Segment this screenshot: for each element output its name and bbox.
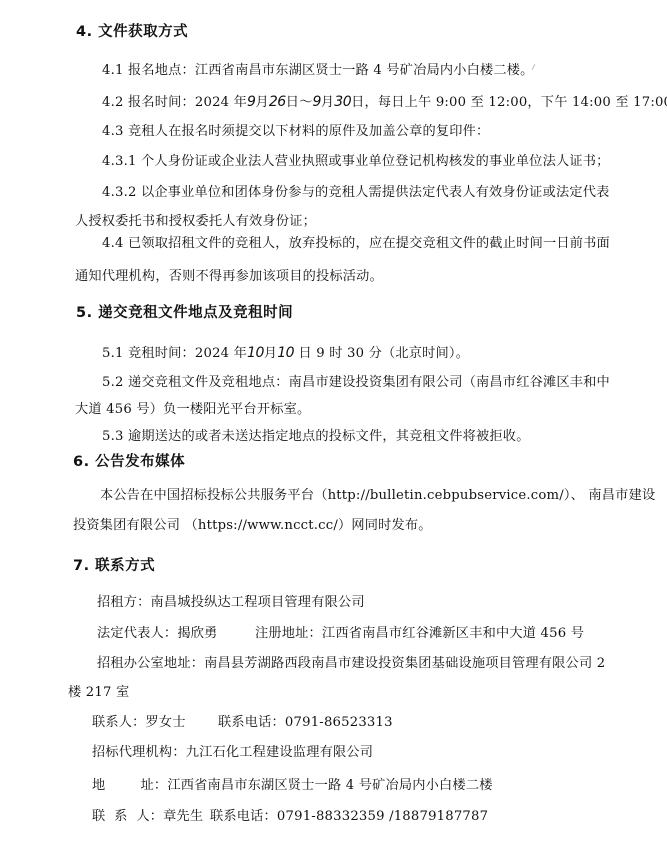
item-4-2: 4.2 报名时间：2024 年9月26日～9月30日，每日上午 9:00 至 1… <box>102 93 667 112</box>
legal-representative: 法定代表人：揭欣勇 <box>97 625 218 643</box>
item-5-1: 5.1 竞租时间：2024 年10月10 日 9 时 30 分（北京时间）。 <box>102 344 469 363</box>
item-4-3-1: 4.3.1 个人身份证或企业法人营业执照或事业单位登记机构核发的事业单位法人证书… <box>102 153 610 171</box>
item-4-3: 4.3 竞租人在报名时须提交以下材料的原件及加盖公章的复印件： <box>102 123 489 141</box>
agency-address: 地 址：江西省南昌市东湖区贤士一路 4 号矿冶局内小白楼二楼 <box>92 777 493 795</box>
item-4-2-mid: 日～ <box>286 95 313 110</box>
contact-phone-2: 联系电话：0791-88332359 /18879187787 <box>210 808 488 826</box>
registered-address: 注册地址：江西省南昌市红谷滩新区丰和中大道 456 号 <box>255 625 584 643</box>
document-page: 4. 文件获取方式 4.1 报名地点：江西省南昌市东湖区贤士一路 4 号矿冶局内… <box>0 0 667 863</box>
contact-person-1: 联系人：罗女士 <box>92 714 186 732</box>
item-4-2-suffix: 日，每日上午 9:00 至 12:00，下午 14:00 至 17:00。 <box>351 95 667 110</box>
handwritten-end-day: 30 <box>334 94 351 110</box>
item-4-1: 4.1 报名地点：江西省南昌市东湖区贤士一路 4 号矿冶局内小白楼二楼。 <box>102 62 534 80</box>
agency-address-value: 江西省南昌市东湖区贤士一路 4 号矿冶局内小白楼二楼 <box>167 778 492 793</box>
item-4-4-line1: 4.4 已领取招租文件的竞租人，放弃投标的，应在提交竞租文件的截止时间一日前书面 <box>102 235 610 253</box>
office-address-line1: 招租办公室地址：南昌县芳湖路西段南昌市建设投资集团基础设施项目管理有限公司 2 <box>97 655 605 673</box>
handwritten-day: 10 <box>277 345 294 361</box>
month-char: 月 <box>321 95 334 110</box>
item-4-3-2-line1: 4.3.2 以企事业单位和团体身份参与的竞租人需提供法定代表人有效身份证或法定代… <box>102 184 610 202</box>
item-5-2-line1: 5.2 递交竞租文件及竞租地点：南昌市建设投资集团有限公司（南昌市红谷滩区丰和中 <box>102 374 610 392</box>
contact-person-2: 联 系 人：章先生 <box>92 808 203 826</box>
section-7-heading: 7. 联系方式 <box>73 556 155 576</box>
month-char: 月 <box>255 95 268 110</box>
handwritten-end-month: 9 <box>312 94 320 110</box>
section-6-text-line1: 本公告在中国招标投标公共服务平台（http://bulletin.cebpubs… <box>100 487 655 505</box>
handwritten-month: 10 <box>247 345 264 361</box>
contact-phone-1: 联系电话：0791-86523313 <box>218 714 393 732</box>
item-4-3-2-line2: 人授权委托书和授权委托人有效身份证； <box>75 213 316 231</box>
section-6-heading: 6. 公告发布媒体 <box>73 452 185 472</box>
tenderer: 招租方：南昌城投纵达工程项目管理有限公司 <box>97 594 365 612</box>
section-5-heading: 5. 递交竞租文件地点及竞租时间 <box>76 303 293 323</box>
section-4-heading: 4. 文件获取方式 <box>76 22 188 42</box>
item-5-1-prefix: 5.1 竞租时间：2024 年 <box>102 346 247 361</box>
section-6-text-line2: 投资集团有限公司 （https://www.ncct.cc/）网同时发布。 <box>73 517 432 535</box>
tender-agency: 招标代理机构：九江石化工程建设监理有限公司 <box>92 744 373 762</box>
item-5-2-line2: 大道 456 号）负一楼阳光平台开标室。 <box>75 401 310 419</box>
office-address-line2: 楼 217 室 <box>68 684 129 702</box>
item-4-2-prefix: 4.2 报名时间：2024 年 <box>102 95 247 110</box>
item-5-1-suffix: 日 9 时 30 分（北京时间）。 <box>294 346 469 361</box>
month-char: 月 <box>264 346 277 361</box>
item-5-3: 5.3 逾期送达的或者未送达指定地点的投标文件，其竞租文件将被拒收。 <box>102 428 530 446</box>
item-4-4-line2: 通知代理机构，否则不得再参加该项目的投标活动。 <box>75 268 383 286</box>
handwritten-start-day: 26 <box>269 94 286 110</box>
agency-address-label: 地 址： <box>92 778 167 793</box>
